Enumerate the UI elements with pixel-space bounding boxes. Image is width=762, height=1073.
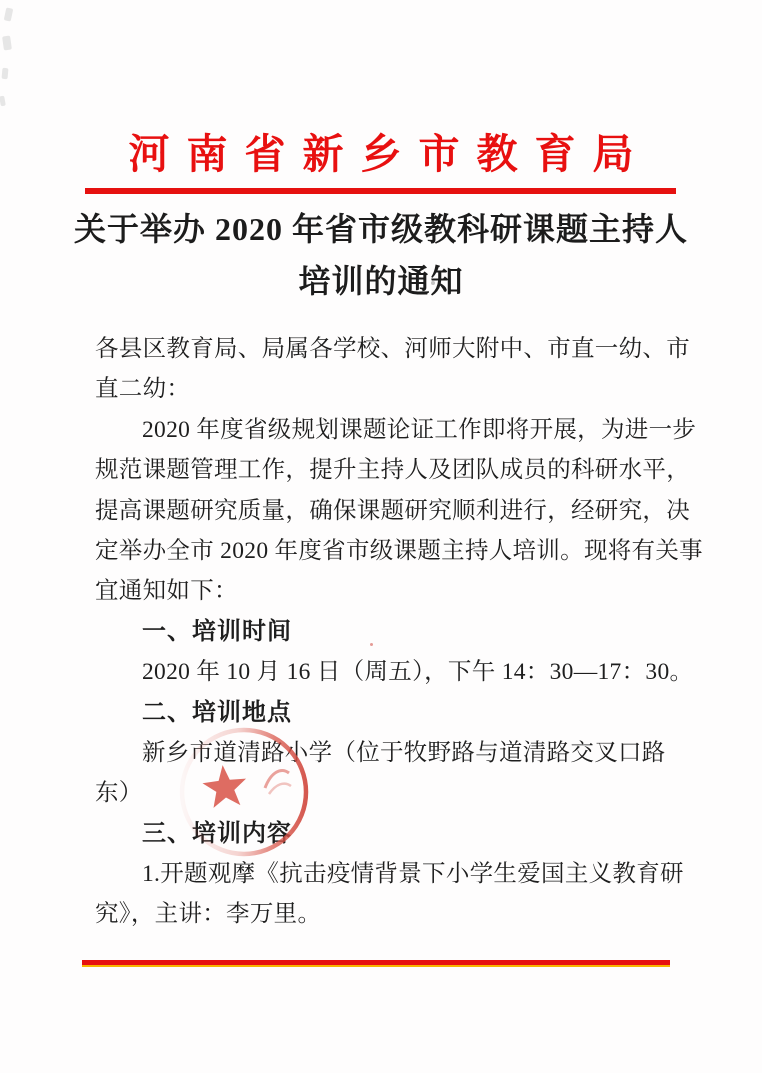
scan-artifact xyxy=(0,96,6,107)
notice-title-line2: 培训的通知 xyxy=(0,255,762,307)
scan-artifact xyxy=(2,68,9,79)
body-line: 2020 年度省级规划课题论证工作即将开展，为进一步 xyxy=(95,410,685,450)
scan-artifact xyxy=(4,7,14,21)
notice-title: 关于举办 2020 年省市级教科研课题主持人 培训的通知 xyxy=(0,203,762,307)
body-line: 直二幼： xyxy=(95,369,685,409)
notice-title-line1: 关于举办 2020 年省市级教科研课题主持人 xyxy=(0,203,762,255)
body-line: 东） xyxy=(95,773,685,813)
document-body: 各县区教育局、局属各学校、河师大附中、市直一幼、市直二幼：2020 年度省级规划… xyxy=(95,329,685,935)
body-line: 各县区教育局、局属各学校、河师大附中、市直一幼、市 xyxy=(95,329,685,369)
body-line: 定举办全市 2020 年度省市级课题主持人培训。现将有关事 xyxy=(95,531,685,571)
body-line: 宜通知如下： xyxy=(95,571,685,611)
section-heading: 二、培训地点 xyxy=(95,693,685,733)
red-separator-bottom xyxy=(82,960,670,967)
section-heading: 三、培训内容 xyxy=(95,814,685,854)
body-line: 新乡市道清路小学（位于牧野路与道清路交叉口路 xyxy=(95,733,685,773)
body-line: 究》，主讲：李万里。 xyxy=(95,894,685,934)
scanned-notice-page: 河南省新乡市教育局 关于举办 2020 年省市级教科研课题主持人 培训的通知 各… xyxy=(0,0,762,1073)
body-line: 2020 年 10 月 16 日（周五），下午 14：30—17：30。 xyxy=(95,652,685,692)
body-line: 1.开题观摩《抗击疫情背景下小学生爱国主义教育研 xyxy=(95,854,685,894)
letterhead-org-name: 河南省新乡市教育局 xyxy=(0,121,762,180)
red-separator-top xyxy=(85,188,676,194)
body-line: 规范课题管理工作，提升主持人及团队成员的科研水平， xyxy=(95,450,685,490)
section-heading: 一、培训时间 xyxy=(95,612,685,652)
scan-artifact xyxy=(2,36,12,51)
body-line: 提高课题研究质量，确保课题研究顺利进行，经研究，决 xyxy=(95,491,685,531)
